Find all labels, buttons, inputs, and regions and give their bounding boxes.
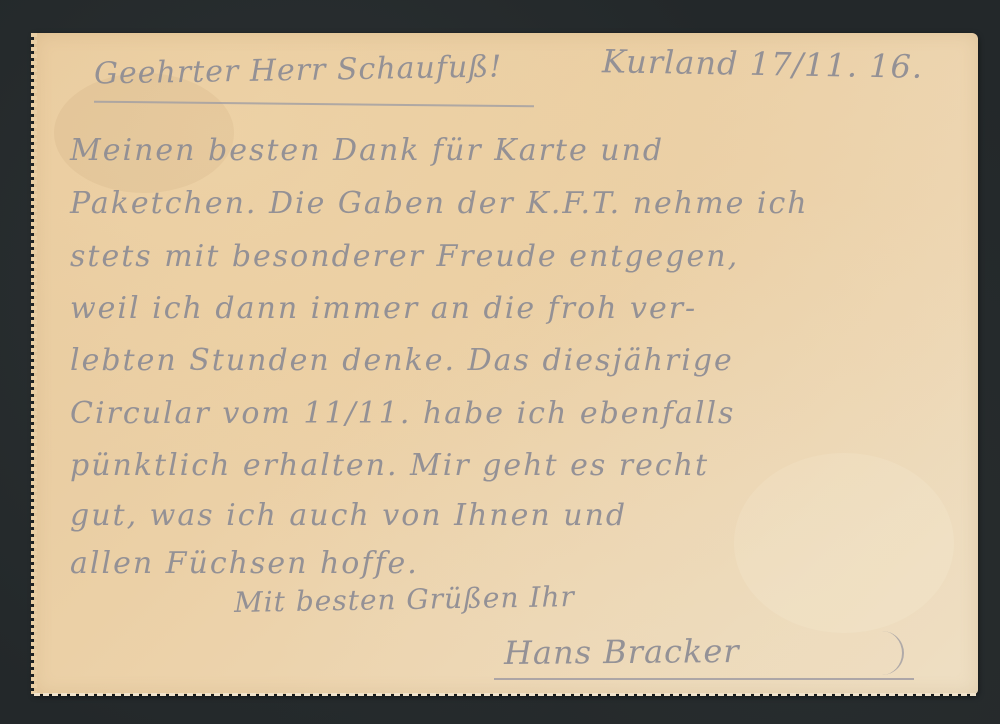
body-line: weil ich dann immer an die froh ver- (70, 291, 697, 326)
body-line: pünktlich erhalten. Mir geht es recht (70, 448, 709, 483)
body-line: Meinen besten Dank für Karte und (70, 133, 664, 168)
body-line: gut, was ich auch von Ihnen und (70, 498, 627, 533)
salutation: Geehrter Herr Schaufuß! (94, 49, 503, 91)
body-line: stets mit besonderer Freude entgegen, (70, 239, 739, 274)
body-line: lebten Stunden denke. Das diesjährige (70, 343, 734, 378)
closing-phrase: Mit besten Grüßen Ihr (234, 580, 575, 619)
body-line: Circular vom 11/11. habe ich ebenfalls (70, 396, 735, 431)
body-line: Paketchen. Die Gaben der K.F.T. nehme ic… (70, 186, 809, 221)
paper-stain (734, 453, 954, 633)
signature-flourish (874, 631, 904, 675)
place-and-date: Kurland 17/11. 16. (602, 42, 924, 86)
body-line: allen Füchsen hoffe. (70, 546, 419, 581)
signature-underline (494, 678, 914, 680)
signature: Hans Bracker (504, 632, 740, 672)
postcard: Geehrter Herr Schaufuß! Kurland 17/11. 1… (34, 33, 978, 694)
